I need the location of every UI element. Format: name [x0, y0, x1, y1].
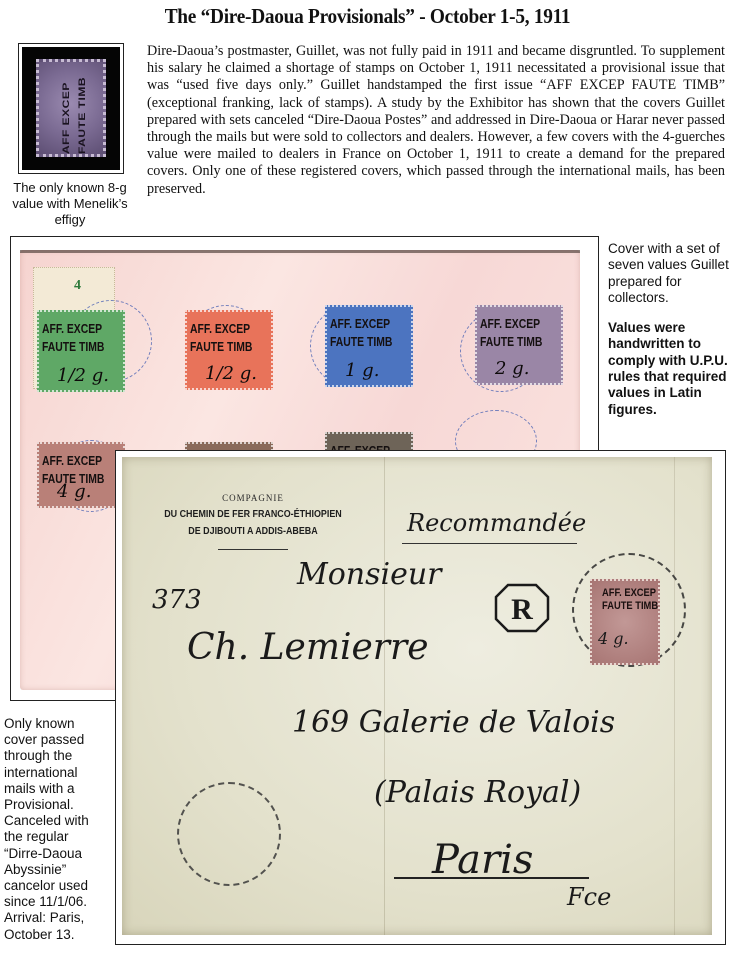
- page-title: The “Dire-Daoua Provisionals” - October …: [29, 4, 705, 29]
- selvage-mark: 4: [74, 278, 81, 294]
- provisional-stamp: AFF. EXCEPFAUTE TIMB2 g.: [475, 305, 563, 385]
- address-street: 169 Galerie de Valois: [292, 705, 615, 740]
- stamp-overprint-line2: FAUTE TIMB: [77, 77, 87, 154]
- letterhead-line1: COMPAGNIE: [148, 493, 358, 503]
- stamp-photo-frame: AFF EXCEP FAUTE TIMB: [18, 43, 124, 174]
- provisional-4g-stamp: AFF. EXCEP FAUTE TIMB 4 g.: [590, 579, 660, 665]
- cover-edge: [20, 250, 580, 253]
- address-name: Ch. Lemierre: [187, 627, 429, 668]
- handwritten-value: 1/2 g.: [57, 365, 109, 386]
- stamp-overprint: AFF. EXCEPFAUTE TIMB: [330, 315, 392, 351]
- stamp-overprint: AFF. EXCEPFAUTE TIMB: [190, 320, 252, 356]
- stamp-overprint: AFF. EXCEPFAUTE TIMB: [42, 320, 104, 356]
- intro-paragraph: Dire-Daoua’s postmaster, Guillet, was no…: [147, 43, 725, 198]
- collector-cover-caption: Cover with a set of seven values Guillet…: [608, 241, 732, 432]
- menelik-8g-stamp-image: AFF EXCEP FAUTE TIMB: [36, 59, 106, 157]
- provisional-stamp: AFF. EXCEPFAUTE TIMB1 g.: [325, 305, 413, 387]
- handwritten-value: 2 g.: [495, 358, 529, 379]
- cover-number: 373: [152, 585, 202, 615]
- stamp-caption: The only known 8-g value with Menelik’s …: [10, 180, 130, 228]
- letterhead-line3: DE DJIBOUTI A ADDIS-ABEBA: [164, 525, 343, 537]
- address-salutation: Monsieur: [297, 557, 442, 592]
- cover-fold: [674, 457, 675, 935]
- svg-text:R: R: [511, 593, 533, 626]
- registered-cover-image: COMPAGNIE DU CHEMIN DE FER FRANCO-ÉTHIOP…: [122, 457, 712, 935]
- registration-r-icon: R: [494, 583, 550, 633]
- letterhead: COMPAGNIE DU CHEMIN DE FER FRANCO-ÉTHIOP…: [148, 493, 358, 550]
- registration-mark: R: [494, 583, 550, 633]
- stamp-overprint-line1: AFF EXCEP: [61, 82, 71, 154]
- registered-cover-frame: COMPAGNIE DU CHEMIN DE FER FRANCO-ÉTHIOP…: [115, 450, 726, 945]
- letterhead-line2: DU CHEMIN DE FER FRANCO-ÉTHIOPIEN: [164, 508, 343, 520]
- provisional-stamp: AFF. EXCEPFAUTE TIMB4 g.: [37, 442, 125, 508]
- stamp-photo-background: AFF EXCEP FAUTE TIMB: [22, 47, 120, 170]
- address-district: (Palais Royal): [374, 775, 581, 810]
- country-note: Fce: [567, 883, 611, 911]
- stamp-overprint: AFF. EXCEP FAUTE TIMB: [602, 587, 658, 613]
- abyssinie-cancel: [177, 782, 281, 886]
- provisional-stamp: AFF. EXCEPFAUTE TIMB1/2 g.: [37, 310, 125, 392]
- cover-fold: [384, 457, 385, 935]
- caption-paragraph-bold: Values were handwritten to comply with U…: [608, 320, 732, 418]
- caption-paragraph: Cover with a set of seven values Guillet…: [608, 241, 732, 306]
- city-underline: [394, 877, 589, 879]
- letterhead-rule: [218, 549, 288, 550]
- handwritten-value: 4 g.: [57, 481, 91, 502]
- overprint-line1: AFF. EXCEP: [602, 587, 658, 600]
- underline: [402, 543, 577, 544]
- handwritten-value: 1 g.: [345, 360, 379, 381]
- provisional-stamp: AFF. EXCEPFAUTE TIMB1/2 g.: [185, 310, 273, 390]
- overprint-line2: FAUTE TIMB: [602, 600, 658, 613]
- handwritten-value: 4 g.: [598, 629, 629, 648]
- registered-cover-caption: Only known cover passed through the inte…: [4, 716, 108, 943]
- handwritten-value: 1/2 g.: [205, 363, 257, 384]
- registration-note: Recommandée: [407, 509, 586, 537]
- stamp-overprint: AFF. EXCEPFAUTE TIMB: [480, 315, 542, 351]
